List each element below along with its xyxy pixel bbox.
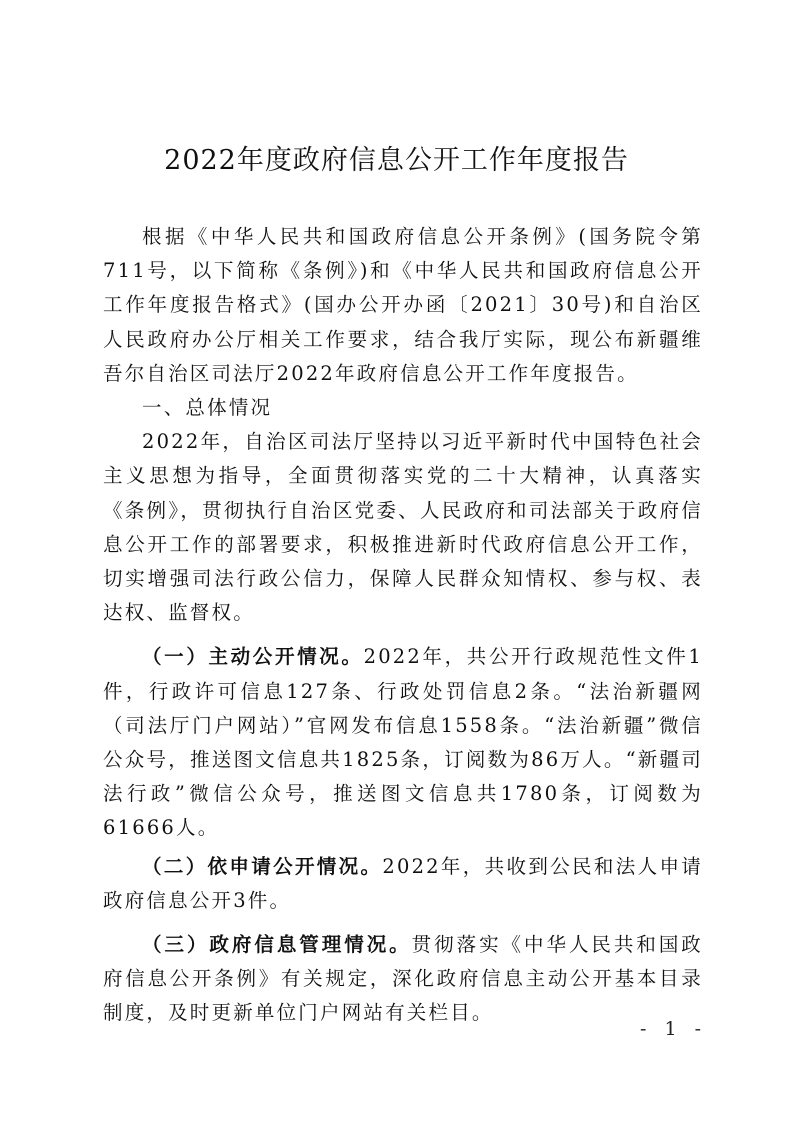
subsection-text: 2022年，共公开行政规范性文件1件，行政许可信息127条、行政处罚信息2条。“…: [103, 645, 703, 839]
summary-paragraph: 2022年，自治区司法厅坚持以习近平新时代中国特色社会主义思想为指导，全面贯彻落…: [103, 425, 703, 630]
page-number: - 1 -: [640, 1018, 707, 1040]
info-management-paragraph: （三）政府信息管理情况。贯彻落实《中华人民共和国政府信息公开条例》有关规定，深化…: [103, 928, 703, 1031]
page-title: 2022年度政府信息公开工作年度报告: [0, 138, 793, 177]
application-disclosure-paragraph: （二）依申请公开情况。2022年，共收到公民和法人申请政府信息公开3件。: [103, 850, 703, 918]
document-body: 根据《中华人民共和国政府信息公开条例》(国务院令第711号，以下简称《条例》)和…: [103, 220, 703, 1031]
intro-paragraph: 根据《中华人民共和国政府信息公开条例》(国务院令第711号，以下简称《条例》)和…: [103, 220, 703, 391]
proactive-disclosure-paragraph: （一）主动公开情况。2022年，共公开行政规范性文件1件，行政许可信息127条、…: [103, 640, 703, 845]
document-page: 2022年度政府信息公开工作年度报告 根据《中华人民共和国政府信息公开条例》(国…: [0, 0, 793, 1122]
section-heading: 一、总体情况: [103, 391, 703, 425]
subsection-label: （三）政府信息管理情况。: [142, 933, 412, 956]
subsection-label: （一）主动公开情况。: [142, 645, 364, 668]
subsection-label: （二）依申请公开情况。: [142, 855, 382, 878]
